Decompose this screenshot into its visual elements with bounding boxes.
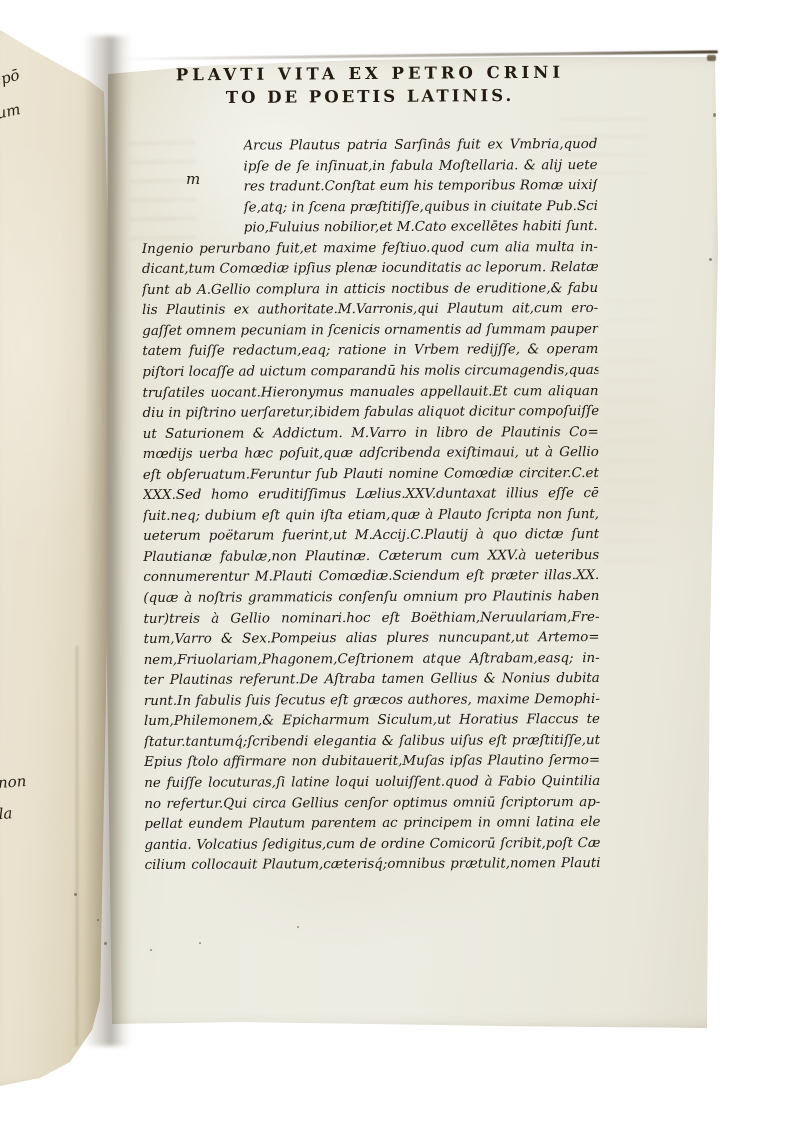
paper-speck [297,926,299,928]
facing-page-text-fragment: non [0,772,27,792]
body-lines: Ingenio perurbano fuit,et maxime feſtiuo… [142,238,601,877]
text-line: dicant,tum Comœdiæ ipſius plenæ iocundit… [142,258,598,281]
book-photo: repō ſum non illa PLAVTI VITA EX PETRO C… [0,0,800,1127]
text-line: Arcus Plautus patria Sarſinâs fuit ex Vm… [243,135,597,157]
text-line: no refertur.Qui circa Gellius cenſor opt… [144,793,600,816]
paper-speck [713,113,716,117]
text-line: Plautianæ fabulæ,non Plautinæ. Cæterum c… [143,546,599,569]
text-line: gantia. Volcatius ſedigitus,cum de ordin… [144,834,600,857]
text-line: ſuit.neq; dubium eſt quin iſta etiam,quæ… [143,505,599,528]
text-line: ne fuiſſe locuturas,ſi latine loqui uolu… [144,772,600,795]
text-line: (quæ à noſtris grammaticis conſenſu omni… [143,587,599,610]
page-corner-mark [707,55,716,61]
text-line: ipſe de ſe inſinuat,in fabula Moſtellari… [243,156,597,178]
page-heading: PLAVTI VITA EX PETRO CRINI TO DE POETIS … [140,62,600,107]
text-line: piſtori locaſſe ad uictum comparandū his… [142,361,598,384]
text-line: mœdijs uerba hæc poſuit,quæ adſcribenda … [143,443,599,466]
body-indented-lines: Arcus Plautus patria Sarſinâs fuit ex Vm… [141,135,597,240]
text-line: ueterum poëtarum fuerint,ut M.Accij.C.Pl… [143,525,599,548]
body-text: Arcus Plautus patria Sarſinâs fuit ex Vm… [141,135,600,877]
paper-crease [76,646,78,1046]
text-line: nem,Friuolariam,Phagonem,Ceſtrionem atqu… [144,649,600,672]
heading-line-1: PLAVTI VITA EX PETRO CRINI [140,62,600,84]
text-line: tur)treis à Gellio nominari.hoc eſt Boët… [143,608,599,631]
text-line: eſt obſeruatum.Feruntur ſub Plauti nomin… [143,464,599,487]
text-line: ſtatur.tantumq́;ſcribendi elegantia & ſa… [144,731,600,754]
text-line: runt.In fabulis ſuis ſecutus eſt græcos … [144,690,600,713]
text-line: lis Plautinis ex authoritate.M.Varronis,… [142,299,598,322]
paper-speck [199,942,201,944]
heading-line-2: TO DE POETIS LATINIS. [140,85,600,107]
text-line: ter Plautinas referunt.De Aſtraba tamen … [144,669,600,692]
text-line: res tradunt.Conſtat eum his temporibus R… [244,176,598,198]
text-line: pellat eundem Plautum parentem ac princi… [144,813,600,836]
facing-page-text-fragment: repō [0,66,21,92]
text-line: tatem fuiſſe redactum,eaq; ratione in Vr… [142,340,598,363]
text-line: Ingenio perurbano fuit,et maxime feſtiuo… [142,238,598,261]
paper-speck [709,258,712,261]
text-line: ſe,atq; in ſcena præſtitiſſe,quibus in c… [244,197,598,219]
text-line: XXX.Sed homo eruditiſſimus Lælius.XXV.du… [143,484,599,507]
text-line: diu in piſtrino uerſaretur,ibidem fabula… [143,402,599,425]
text-line: lum,Philemonem,& Epicharmum Siculum,ut H… [144,710,600,733]
facing-page-text-fragment: ſum [0,100,22,124]
text-line: connumerentur M.Plauti Comœdiæ.Sciendum … [143,566,599,589]
text-line: cilium collocauit Plautum,cæterisq́;omni… [145,854,601,877]
paper-speck [104,942,107,945]
text-line: Epius ſtolo affirmare non dubitauerit,Mu… [144,751,600,774]
facing-page-text-fragment: illa [0,804,13,824]
text-line: ſunt ab A.Gellio complura in atticis noc… [142,279,598,302]
paper-speck [150,949,152,951]
text-line: ut Saturionem & Addictum. M.Varro in lib… [143,423,599,446]
paper-speck [97,919,99,921]
text-line: tum,Varro & Sex.Pompeius alias plures nu… [144,628,600,651]
text-line: pio,Fuluius nobilior,et M.Cato excellēte… [244,217,598,239]
text-line: truſatiles uocant.Hieronymus manuales ap… [142,382,598,405]
paper-speck [74,893,77,896]
text-line: gaſſet omnem pecuniam in ſcenicis orname… [142,320,598,343]
